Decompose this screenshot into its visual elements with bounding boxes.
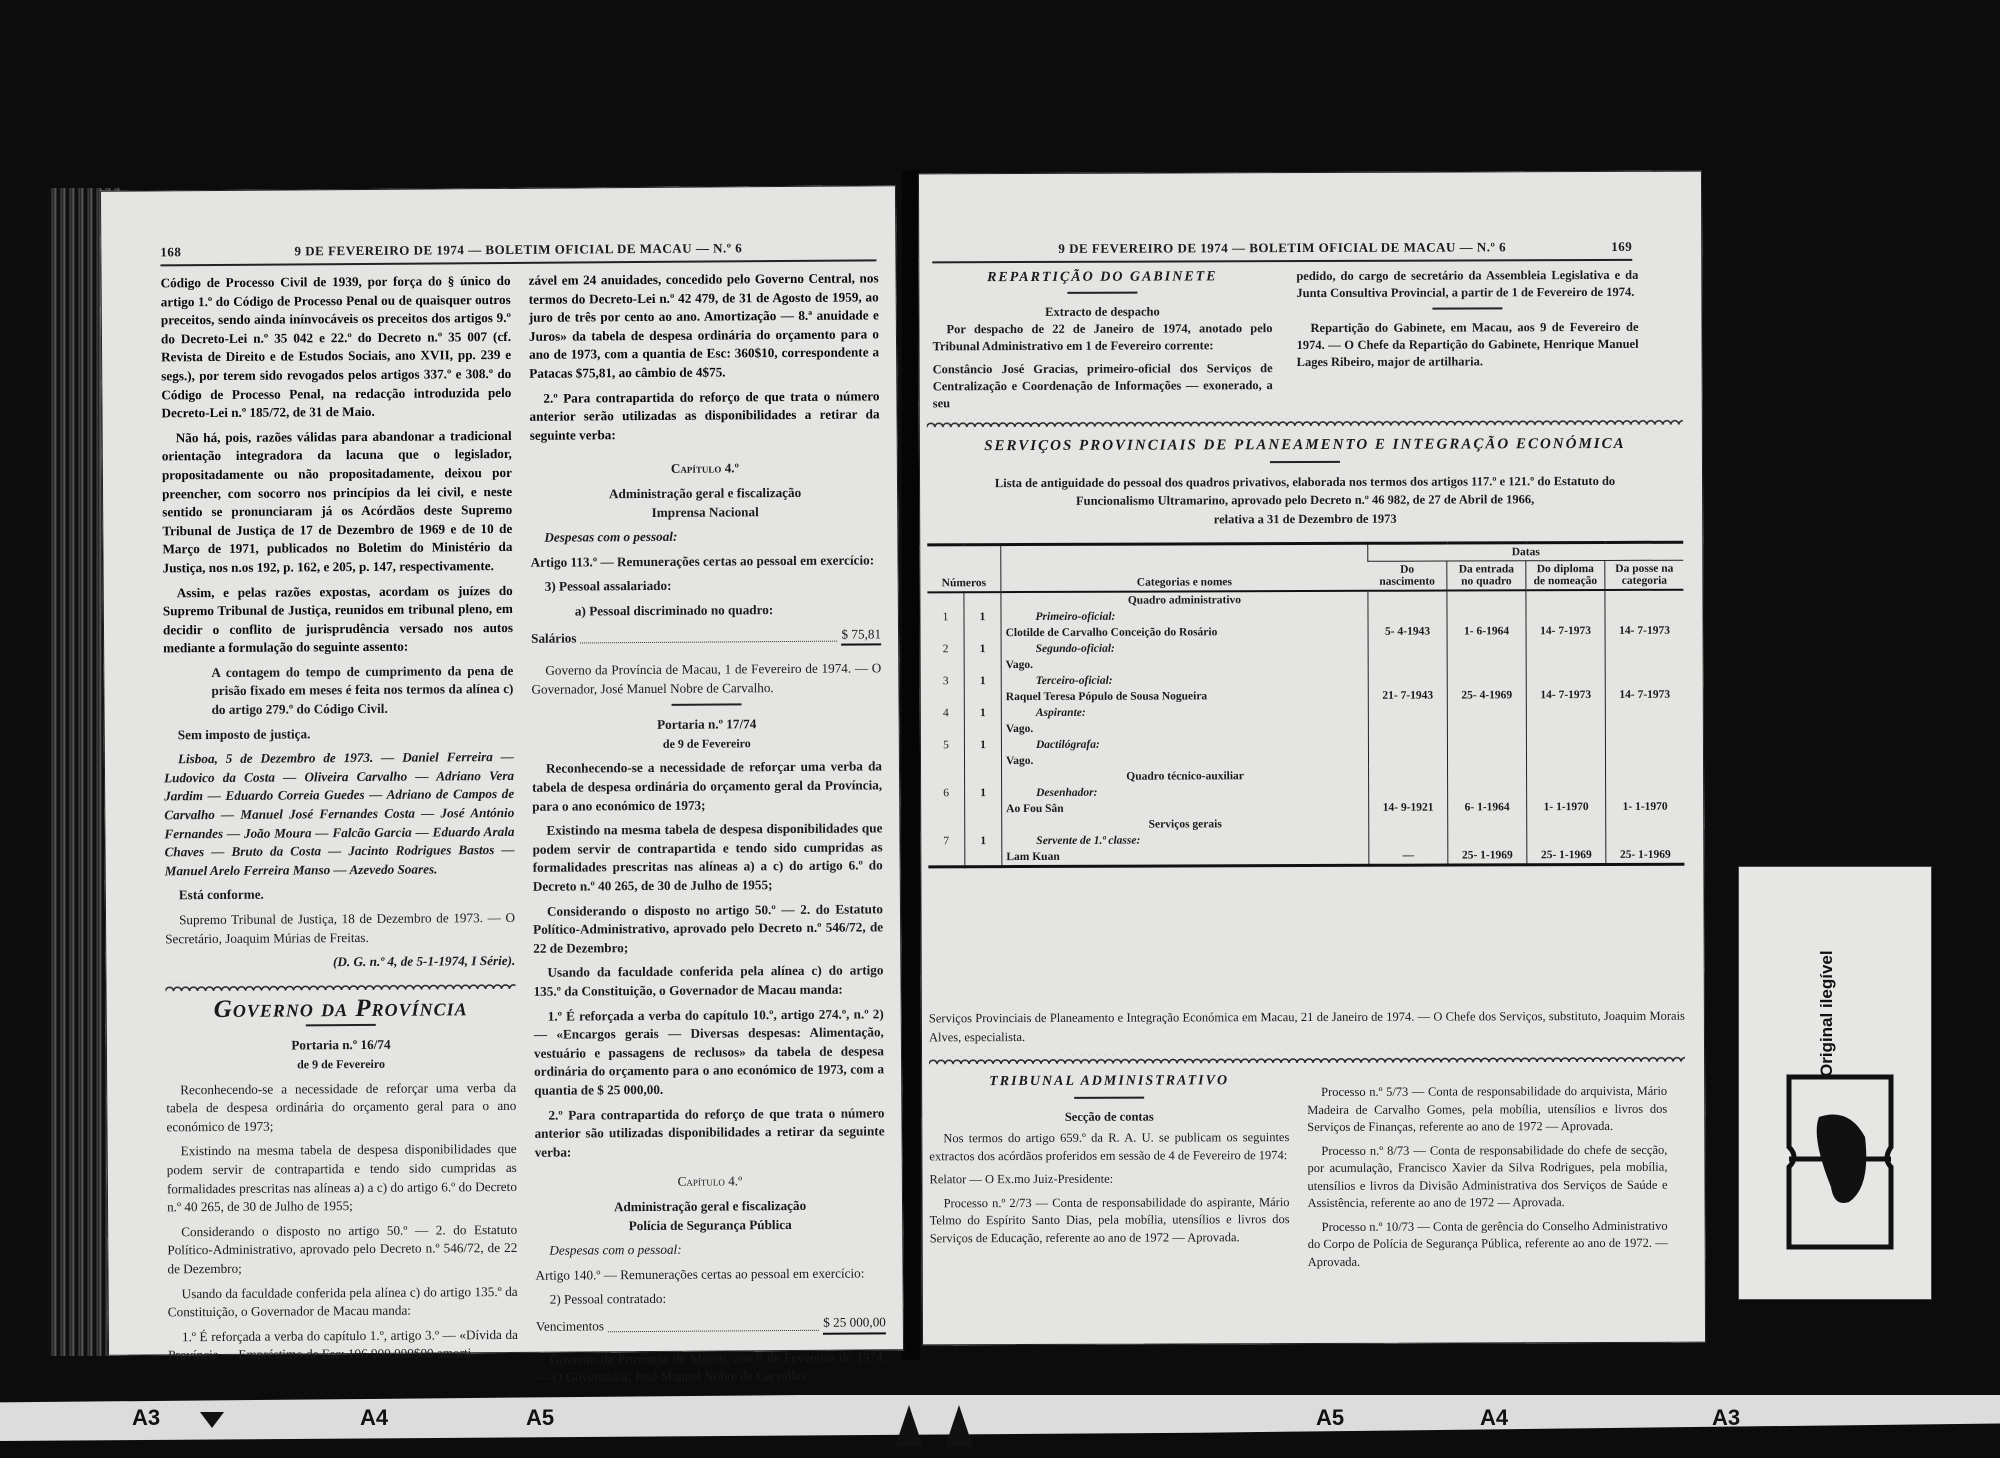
planeamento-section: Serviços Provinciais de Planeamento e In…	[927, 417, 1683, 536]
label: Artigo 113.º — Remunerações certas ao pe…	[530, 551, 880, 572]
cell-date	[1447, 671, 1526, 687]
paragraph: Por despacho de 22 de Janeiro de 1974, a…	[932, 320, 1272, 355]
category-label: Terceiro-oficial:	[1001, 672, 1368, 689]
running-head-right: 9 DE FEVEREIRO DE 1974 — BOLETIM OFICIAL…	[932, 237, 1632, 263]
portaria-title: Portaria n.º 17/74	[532, 715, 882, 736]
label: a) Pessoal discriminado no quadro:	[531, 600, 881, 621]
cell-count	[965, 801, 1002, 817]
cell-date-birth: 5- 4-1943	[1368, 624, 1447, 640]
cell-date-entry	[1447, 719, 1526, 735]
cell-count: 1	[964, 609, 1001, 625]
group-heading: Quadro técnico-auxiliar	[1002, 768, 1369, 785]
person-name: Vago.	[1001, 656, 1368, 673]
left-column-2: zável em 24 anuidades, concedido pelo Go…	[529, 269, 887, 1393]
paragraph: Constâncio José Gracias, primeiro-oficia…	[933, 360, 1273, 412]
cell-date-posse: 14- 7-1973	[1605, 623, 1684, 639]
cell-date	[1369, 768, 1448, 784]
film-marker: A4	[1480, 1405, 1508, 1431]
paragraph: Processo n.º 2/73 — Conta de responsabil…	[930, 1194, 1290, 1248]
cell-date-posse: 25- 1-1969	[1606, 847, 1685, 865]
cell-count	[965, 817, 1002, 833]
cell-num: 3	[928, 673, 965, 689]
cell-date	[1447, 590, 1526, 607]
cell-date	[1606, 767, 1685, 783]
dot-leader	[581, 641, 838, 644]
header-diploma: Do diploma de nomeação	[1526, 560, 1605, 590]
book-gutter	[902, 170, 920, 1360]
divider	[1067, 292, 1137, 294]
cell-date	[1527, 831, 1606, 847]
cell-date-diploma: 14- 7-1973	[1526, 687, 1605, 703]
cell-num: 4	[928, 705, 965, 721]
cell-num	[928, 689, 965, 705]
cell-date-birth	[1368, 752, 1447, 768]
film-marker: A3	[132, 1405, 160, 1431]
paragraph: Sem imposto de justiça.	[164, 724, 514, 745]
center-marker-icon	[945, 1405, 973, 1447]
cell-num: 2	[928, 641, 965, 657]
cell-num	[928, 769, 965, 785]
dot-leader	[608, 1329, 819, 1331]
cell-count: 1	[965, 785, 1002, 801]
label: Despesas com o pessoal:	[535, 1239, 885, 1260]
cell-date-diploma: 25- 1-1969	[1527, 847, 1606, 865]
chapter-heading: Capítulo 4.º	[530, 459, 880, 480]
illegible-original-card: Original ilegível	[1738, 866, 1932, 1300]
paragraph: Nos termos do artigo 659.º da R. A. U. s…	[929, 1129, 1289, 1165]
paragraph: 1.º É reforçada a verba do capítulo 1.º,…	[168, 1326, 518, 1366]
list-title: Lista de antiguidade do pessoal dos quad…	[927, 471, 1683, 511]
person-name: Vago.	[1001, 752, 1368, 769]
paragraph: Supremo Tribunal de Justiça, 18 de Dezem…	[165, 909, 515, 949]
cell-date-diploma: 14- 7-1973	[1526, 623, 1605, 639]
group-heading: Serviços gerais	[1002, 816, 1369, 833]
paragraph: Reconhecendo-se a necessidade de reforça…	[532, 758, 882, 816]
cell-date-entry: 25- 1-1969	[1448, 847, 1527, 865]
cell-date-birth	[1368, 720, 1447, 736]
cell-num: 1	[927, 609, 964, 625]
paragraph: Assim, e pelas razões expostas, acordam …	[163, 581, 514, 658]
cell-date	[1526, 703, 1605, 719]
cell-date	[1526, 607, 1605, 623]
cell-date	[1447, 735, 1526, 751]
film-marker: A5	[526, 1405, 554, 1431]
cell-date-birth	[1368, 656, 1447, 672]
wavy-divider	[165, 981, 515, 991]
cell-date-posse	[1605, 751, 1684, 767]
cell-num	[928, 625, 965, 641]
person-name: Raquel Teresa Pópulo de Sousa Nogueira	[1001, 688, 1368, 705]
divider	[1432, 307, 1502, 309]
microfilm-strip	[0, 1395, 2000, 1441]
cell-count: 1	[965, 833, 1002, 849]
cell-date-diploma: 1- 1-1970	[1527, 799, 1606, 815]
running-head-title: 9 DE FEVEREIRO DE 1974 — BOLETIM OFICIAL…	[160, 239, 876, 260]
card-label: Original ilegível	[1817, 907, 1847, 1077]
paragraph: Não há, pois, razões válidas para abando…	[162, 427, 513, 578]
person-name: Lam Kuan	[1002, 848, 1369, 867]
paragraph: Processo n.º 5/73 — Conta de responsabil…	[1307, 1083, 1667, 1137]
cell-date	[1447, 703, 1526, 719]
cell-date	[1605, 735, 1684, 751]
running-head-title: 9 DE FEVEREIRO DE 1974 — BOLETIM OFICIAL…	[932, 239, 1632, 257]
right-page: 9 DE FEVEREIRO DE 1974 — BOLETIM OFICIAL…	[918, 171, 1706, 1346]
cell-date	[1526, 671, 1605, 687]
cell-date	[1368, 704, 1447, 720]
paragraph: Usando da faculdade conferida pela alíne…	[533, 962, 883, 1002]
paragraph: 2.º Para contrapartida do reforço de que…	[529, 387, 879, 445]
cell-date	[1448, 815, 1527, 831]
tribunal-left: Tribunal Administrativo Secção de contas…	[929, 1072, 1290, 1253]
section-title: Repartição do Gabinete	[932, 268, 1272, 286]
chapter-subheading: Administração geral e fiscalização	[530, 483, 880, 504]
divider	[306, 1024, 376, 1026]
paragraph: Repartição do Gabinete, em Macau, aos 9 …	[1296, 319, 1638, 371]
divider	[1270, 460, 1340, 462]
label: 3) Pessoal assalariado:	[531, 576, 881, 597]
category-label: Servente de 1.ª classe:	[1002, 832, 1369, 849]
line-label: Vencimentos	[536, 1317, 604, 1336]
cell-count	[964, 625, 1001, 641]
header-datas: Datas	[1368, 542, 1684, 561]
cell-count: 1	[964, 641, 1001, 657]
tribunal-right: Processo n.º 5/73 — Conta de responsabil…	[1307, 1083, 1668, 1277]
person-name: Ao Fou Sân	[1002, 800, 1369, 817]
chapter-subheading: Imprensa Nacional	[530, 502, 880, 523]
cell-count: 1	[964, 737, 1001, 753]
paragraph: Existindo na mesma tabela de despesa dis…	[167, 1140, 518, 1217]
cell-date	[1368, 736, 1447, 752]
cell-date	[1448, 783, 1527, 799]
line-amount: $ 75,81	[841, 625, 881, 646]
cell-date	[1447, 607, 1526, 623]
paragraph: Código de Processo Civil de 1939, por fo…	[161, 272, 512, 423]
signature: Governo da Província de Macau, aos 6 de …	[536, 1348, 886, 1388]
cell-date-entry	[1447, 655, 1526, 671]
gabinete-right: pedido, do cargo de secretário da Assemb…	[1296, 267, 1638, 377]
category-label: Segundo-oficial:	[1001, 640, 1368, 657]
person-name: Vago.	[1001, 720, 1368, 737]
header-posse: Da posse na categoria	[1605, 560, 1684, 590]
section-title: Governo da Província	[166, 999, 516, 1020]
cell-date	[1527, 815, 1606, 831]
subtitle: Secção de contas	[929, 1108, 1289, 1127]
header-numeros: Números	[927, 545, 1001, 593]
wavy-divider	[929, 1054, 1685, 1065]
cell-date-birth: 21- 7-1943	[1368, 688, 1447, 704]
divider	[1074, 1096, 1144, 1098]
cell-date	[1526, 735, 1605, 751]
vencimentos-line: Vencimentos $ 25 000,00	[536, 1313, 886, 1336]
category-label: Dactilógrafa:	[1001, 736, 1368, 753]
assento-quote: A contagem do tempo de cumprimento da pe…	[163, 662, 513, 720]
cell-num	[928, 849, 965, 867]
paragraph: 1.º É reforçada a verba do capítulo 10.º…	[534, 1005, 885, 1100]
cell-date	[1527, 783, 1606, 799]
cell-date	[1605, 607, 1684, 623]
planeamento-signature: Serviços Provinciais de Planeamento e In…	[929, 1007, 1685, 1075]
film-marker: A3	[1712, 1405, 1740, 1431]
paragraph: zável em 24 anuidades, concedido pelo Go…	[529, 269, 880, 383]
wavy-divider	[927, 417, 1683, 428]
paragraph: Existindo na mesma tabela de despesa dis…	[532, 820, 883, 897]
portaria-date: de 9 de Fevereiro	[166, 1054, 516, 1075]
line-amount: $ 25 000,00	[823, 1313, 886, 1334]
cell-date	[1369, 832, 1448, 848]
paragraph: pedido, do cargo de secretário da Assemb…	[1296, 267, 1638, 302]
relator: Relator — O Ex.mo Juiz-Presidente:	[929, 1170, 1289, 1189]
cell-count	[965, 849, 1002, 867]
cell-date	[1448, 767, 1527, 783]
header-nascimento: Do nascimento	[1368, 561, 1447, 591]
portaria-date: de 9 de Fevereiro	[532, 733, 882, 754]
section-title: Tribunal Administrativo	[929, 1072, 1289, 1091]
cell-date-entry	[1447, 751, 1526, 767]
cell-num	[928, 721, 965, 737]
cell-date	[1606, 815, 1685, 831]
book-symbol-icon	[1779, 1067, 1899, 1257]
cell-date	[1526, 639, 1605, 655]
cell-date-entry: 1- 6-1964	[1447, 623, 1526, 639]
paragraph: Processo n.º 8/73 — Conta de responsabil…	[1307, 1141, 1667, 1212]
paragraph: Usando da faculdade conferida pela alíne…	[168, 1282, 518, 1322]
cell-date	[1605, 590, 1684, 607]
cell-date	[1368, 608, 1447, 624]
cell-date-posse: 14- 7-1973	[1605, 687, 1684, 703]
paragraph: Está conforme.	[165, 884, 515, 905]
label: Artigo 140.º — Remunerações certas ao pe…	[535, 1264, 885, 1285]
pointer-marker-icon	[200, 1412, 224, 1428]
cell-date-posse: 1- 1-1970	[1606, 799, 1685, 815]
cell-num	[928, 801, 965, 817]
cell-count: 1	[964, 673, 1001, 689]
citation: (D. G. n.º 4, de 5-1-1974, I Série).	[165, 952, 515, 973]
cell-num	[927, 592, 964, 609]
left-column-1: Código de Processo Civil de 1939, por fo…	[161, 272, 519, 1371]
gabinete-left: Repartição do Gabinete Extracto de despa…	[932, 268, 1273, 418]
header-entrada: Da entrada no quadro	[1447, 561, 1526, 591]
cell-date	[1368, 591, 1447, 608]
cell-date-posse	[1605, 719, 1684, 735]
page-number: 169	[1611, 239, 1632, 255]
subtitle: Extracto de despacho	[932, 303, 1272, 321]
cell-date	[1368, 672, 1447, 688]
paragraph: Processo n.º 10/73 — Conta de gerência d…	[1308, 1217, 1668, 1271]
category-label: Desenhador:	[1002, 784, 1369, 801]
cell-date-posse	[1605, 655, 1684, 671]
cell-date	[1526, 590, 1605, 607]
signature: Governo da Província de Macau, 1 de Feve…	[531, 659, 881, 699]
category-label: Aspirante:	[1001, 704, 1368, 721]
cell-date	[1368, 640, 1447, 656]
portaria-title: Portaria n.º 16/74	[166, 1035, 516, 1056]
paragraph: Considerando o disposto no artigo 50.º —…	[167, 1221, 517, 1279]
cell-count: 1	[964, 705, 1001, 721]
paragraph: Considerando o disposto no artigo 50.º —…	[533, 900, 883, 958]
cell-num: 6	[928, 785, 965, 801]
cell-date	[1605, 639, 1684, 655]
seniority-table-body: Quadro administrativo11Primeiro-oficial:…	[927, 590, 1684, 867]
label: 2) Pessoal contratado:	[536, 1289, 886, 1310]
header-categorias: Categorias e nomes	[1001, 543, 1368, 592]
center-marker-icon	[895, 1405, 923, 1447]
chapter-heading: Capítulo 4.º	[535, 1172, 885, 1193]
paragraph: 2.º Para contrapartida do reforço de que…	[534, 1104, 884, 1162]
cell-num	[928, 657, 965, 673]
cell-count	[964, 592, 1001, 609]
chapter-subheading: Administração geral e fiscalização	[535, 1196, 885, 1217]
cell-date	[1527, 767, 1606, 783]
table-row: Lam Kuan—25- 1-196925- 1-196925- 1-1969	[928, 847, 1684, 867]
cell-date-birth: 14- 9-1921	[1369, 800, 1448, 816]
seniority-table: Números Categorias e nomes Datas Do nasc…	[927, 541, 1684, 869]
cell-date-diploma	[1526, 751, 1605, 767]
cell-date	[1447, 639, 1526, 655]
label: Despesas com o pessoal:	[530, 526, 880, 547]
cell-count	[964, 657, 1001, 673]
salarios-line: Salários $ 75,81	[531, 625, 881, 648]
cell-num: 7	[928, 833, 965, 849]
list-date: relativa a 31 de Dezembro de 1973	[927, 508, 1683, 529]
line-label: Salários	[531, 629, 577, 648]
cell-num	[928, 817, 965, 833]
signature: Serviços Provinciais de Planeamento e In…	[929, 1007, 1685, 1047]
cell-date	[1369, 816, 1448, 832]
cell-date	[1606, 783, 1685, 799]
cell-date	[1369, 784, 1448, 800]
cell-date	[1605, 671, 1684, 687]
cell-date	[1606, 831, 1685, 847]
cell-date	[1448, 831, 1527, 847]
category-label: Primeiro-oficial:	[1001, 608, 1368, 625]
running-head-left: 168 9 DE FEVEREIRO DE 1974 — BOLETIM OFI…	[160, 237, 876, 266]
person-name: Clotilde de Carvalho Conceição do Rosári…	[1001, 624, 1368, 641]
cell-date-diploma	[1526, 719, 1605, 735]
paragraph: Reconhecendo-se a necessidade de reforça…	[166, 1078, 516, 1136]
cell-date-entry: 6- 1-1964	[1448, 799, 1527, 815]
left-page: 168 9 DE FEVEREIRO DE 1974 — BOLETIM OFI…	[100, 185, 904, 1356]
cell-date-birth: —	[1369, 848, 1448, 866]
cell-count	[964, 689, 1001, 705]
divider	[672, 704, 742, 706]
cell-num	[928, 753, 965, 769]
cell-date	[1605, 703, 1684, 719]
cell-date-entry: 25- 4-1969	[1447, 687, 1526, 703]
film-marker: A5	[1316, 1405, 1344, 1431]
group-heading: Quadro administrativo	[1001, 591, 1368, 609]
cell-date-diploma	[1526, 655, 1605, 671]
cell-num: 5	[928, 737, 965, 753]
cell-count	[964, 721, 1001, 737]
section-title: Serviços Provinciais de Planeamento e In…	[927, 435, 1683, 456]
film-marker: A4	[360, 1405, 388, 1431]
signatures: Lisboa, 5 de Dezembro de 1973. — Daniel …	[164, 748, 515, 881]
cell-count	[965, 769, 1002, 785]
cell-count	[964, 753, 1001, 769]
chapter-subheading: Polícia de Segurança Pública	[535, 1215, 885, 1236]
